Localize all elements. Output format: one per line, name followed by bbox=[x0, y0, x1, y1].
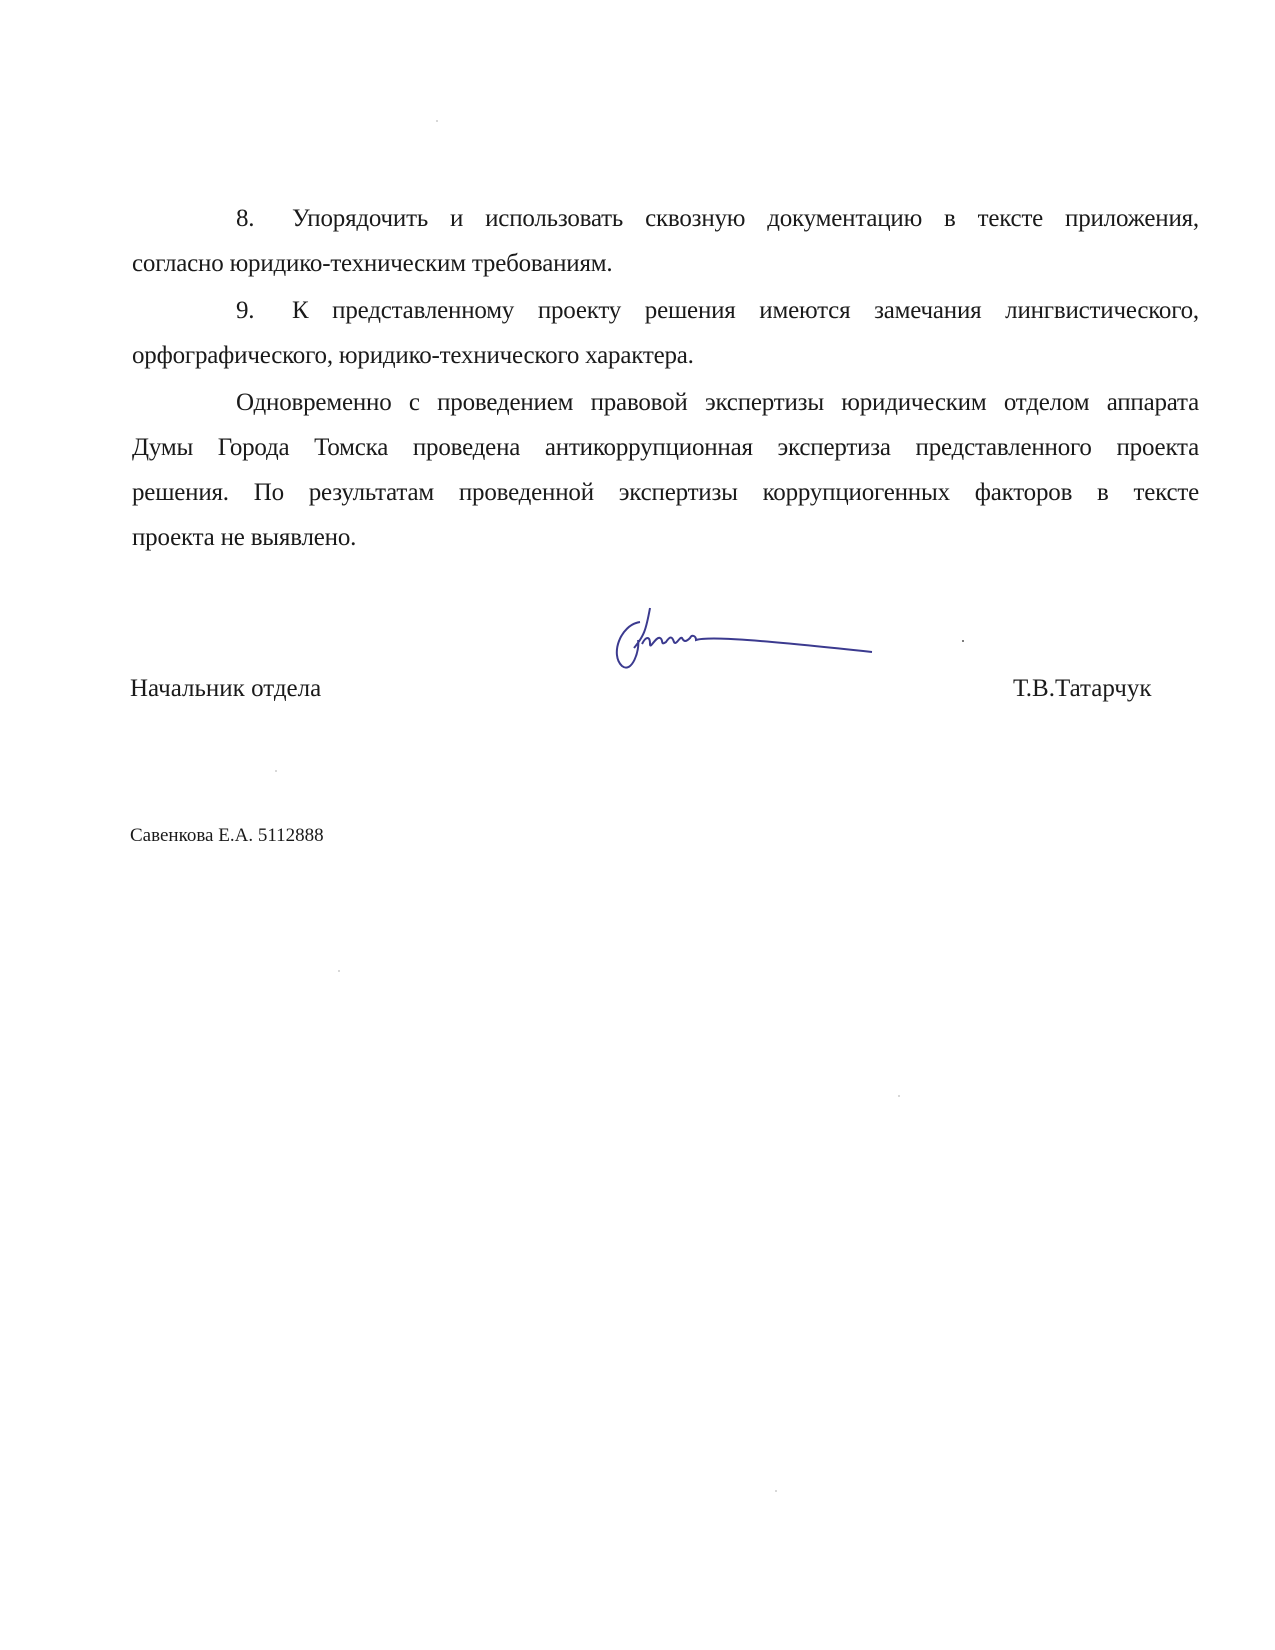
list-item-8: 8.Упорядочить и использовать сквозную до… bbox=[132, 196, 1199, 286]
list-item-9: 9.К представленному проекту решения имею… bbox=[132, 288, 1199, 378]
signer-name: Т.В.Татарчук bbox=[1013, 675, 1151, 703]
list-item-line: 9.К представленному проекту решения имею… bbox=[132, 288, 1199, 333]
position-title: Начальник отдела bbox=[130, 675, 321, 703]
scan-speck bbox=[338, 970, 340, 972]
document-page: 8.Упорядочить и использовать сквозную до… bbox=[0, 0, 1275, 1650]
scan-speck bbox=[898, 1095, 900, 1097]
paragraph-line: Одновременно с проведением правовой эксп… bbox=[132, 380, 1199, 425]
item-number: 8. bbox=[236, 196, 292, 241]
handwritten-signature-icon bbox=[610, 600, 880, 680]
scan-speck bbox=[775, 1490, 777, 1492]
list-item-line: орфографического, юридико-технического х… bbox=[132, 333, 1199, 378]
list-item-line: 8.Упорядочить и использовать сквозную до… bbox=[132, 196, 1199, 241]
paragraph-line: решения. По результатам проведенной эксп… bbox=[132, 470, 1199, 515]
scan-speck bbox=[275, 770, 277, 772]
paragraph-line: проекта не выявлено. bbox=[132, 515, 1199, 560]
list-item-line: согласно юридико-техническим требованиям… bbox=[132, 241, 1199, 286]
conclusion-paragraph: Одновременно с проведением правовой эксп… bbox=[132, 380, 1199, 560]
signature-block: Начальник отдела Т.В.Татарчук bbox=[0, 600, 1275, 710]
paragraph-line: Думы Города Томска проведена антикоррупц… bbox=[132, 425, 1199, 470]
item-number: 9. bbox=[236, 288, 292, 333]
scan-speck bbox=[436, 120, 438, 122]
ink-dot bbox=[962, 640, 964, 642]
executor-contact: Савенкова Е.А. 5112888 bbox=[130, 825, 324, 847]
